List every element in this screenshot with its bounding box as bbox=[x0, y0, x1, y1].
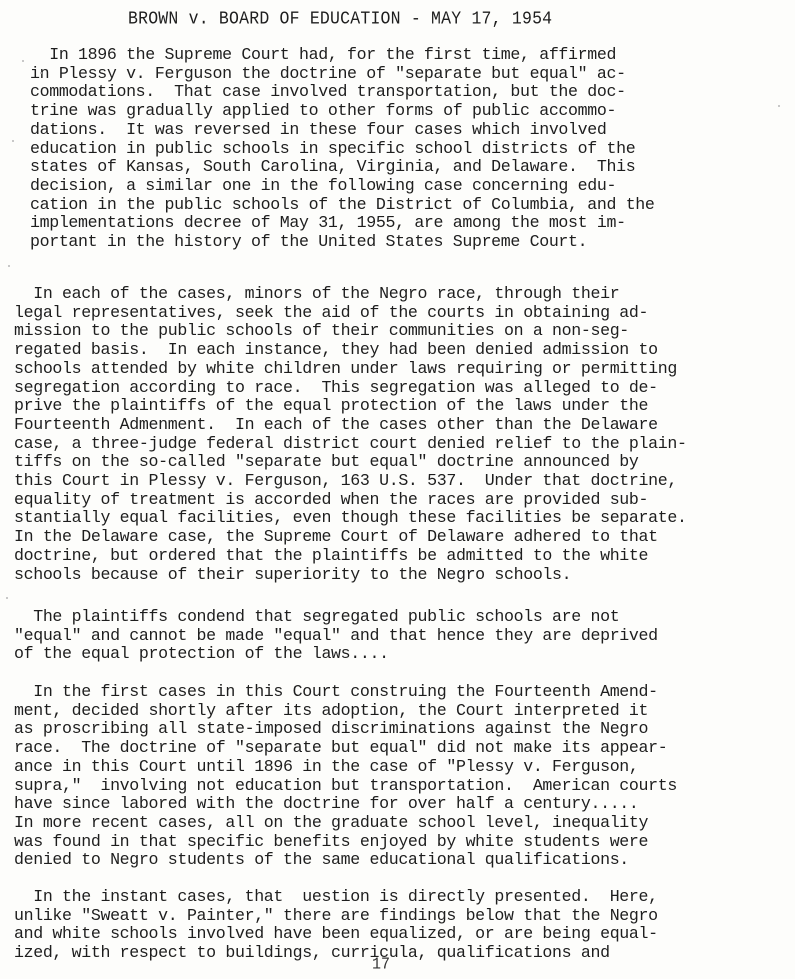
text-line: states of Kansas, South Carolina, Virgin… bbox=[30, 158, 655, 177]
text-line: stantially equal facilities, even though… bbox=[14, 509, 687, 528]
text-line: implementations decree of May 31, 1955, … bbox=[30, 214, 655, 233]
text-line: mission to the public schools of their c… bbox=[14, 322, 687, 341]
text-line: trine was gradually applied to other for… bbox=[30, 102, 655, 121]
text-line: of the equal protection of the laws.... bbox=[14, 645, 658, 664]
text-line: tiffs on the so-called "separate but equ… bbox=[14, 453, 687, 472]
text-line: this Court in Plessy v. Ferguson, 163 U.… bbox=[14, 472, 687, 491]
text-line: ized, with respect to buildings, curricu… bbox=[14, 944, 658, 963]
text-line: In the first cases in this Court constru… bbox=[14, 683, 677, 702]
text-line: education in public schools in specific … bbox=[30, 140, 655, 159]
text-line: In more recent cases, all on the graduat… bbox=[14, 814, 677, 833]
scan-speck bbox=[778, 105, 780, 107]
text-line: The plaintiffs condend that segregated p… bbox=[14, 608, 658, 627]
scan-speck bbox=[8, 265, 10, 267]
text-line: portant in the history of the United Sta… bbox=[30, 233, 655, 252]
text-line: legal representatives, seek the aid of t… bbox=[14, 304, 687, 323]
text-line: In 1896 the Supreme Court had, for the f… bbox=[30, 46, 655, 65]
text-line: In each of the cases, minors of the Negr… bbox=[14, 285, 687, 304]
text-line: Fourteenth Admenment. In each of the cas… bbox=[14, 416, 687, 435]
document-page: BROWN v. BOARD OF EDUCATION - MAY 17, 19… bbox=[0, 0, 795, 979]
text-line: decision, a similar one in the following… bbox=[30, 177, 655, 196]
scan-speck bbox=[40, 72, 42, 74]
text-line: equality of treatment is accorded when t… bbox=[14, 491, 687, 510]
document-title: BROWN v. BOARD OF EDUCATION - MAY 17, 19… bbox=[128, 8, 552, 29]
scan-speck bbox=[22, 60, 24, 62]
text-line: supra," involving not education but tran… bbox=[14, 777, 677, 796]
text-line: cation in the public schools of the Dist… bbox=[30, 196, 655, 215]
text-line: "equal" and cannot be made "equal" and t… bbox=[14, 627, 658, 646]
text-line: regated basis. In each instance, they ha… bbox=[14, 341, 687, 360]
text-line: have since labored with the doctrine for… bbox=[14, 795, 677, 814]
text-line: segregation according to race. This segr… bbox=[14, 379, 687, 398]
paragraph-each-case: In each of the cases, minors of the Negr… bbox=[14, 285, 687, 584]
text-line: unlike "Sweatt v. Painter," there are fi… bbox=[14, 907, 658, 926]
text-line: schools because of their superiority to … bbox=[14, 566, 687, 585]
text-line: dations. It was reversed in these four c… bbox=[30, 121, 655, 140]
scan-speck bbox=[12, 140, 14, 142]
text-line: denied to Negro students of the same edu… bbox=[14, 851, 677, 870]
text-line: in Plessy v. Ferguson the doctrine of "s… bbox=[30, 65, 655, 84]
text-line: commodations. That case involved transpo… bbox=[30, 83, 655, 102]
text-line: schools attended by white children under… bbox=[14, 360, 687, 379]
text-line: In the Delaware case, the Supreme Court … bbox=[14, 528, 687, 547]
text-line: was found in that specific benefits enjo… bbox=[14, 833, 677, 852]
text-line: prive the plaintiffs of the equal protec… bbox=[14, 397, 687, 416]
text-line: as proscribing all state-imposed discrim… bbox=[14, 720, 677, 739]
page-number: 17 bbox=[372, 955, 390, 974]
text-line: race. The doctrine of "separate but equa… bbox=[14, 739, 677, 758]
paragraph-plessy-background: In 1896 the Supreme Court had, for the f… bbox=[30, 46, 655, 252]
paragraph-plaintiffs-contend: The plaintiffs condend that segregated p… bbox=[14, 608, 658, 664]
text-line: In the instant cases, that uestion is di… bbox=[14, 888, 658, 907]
text-line: ance in this Court until 1896 in the cas… bbox=[14, 758, 677, 777]
paragraph-first-cases: In the first cases in this Court constru… bbox=[14, 683, 677, 870]
scan-speck bbox=[6, 597, 8, 599]
paragraph-instant-cases: In the instant cases, that uestion is di… bbox=[14, 888, 658, 963]
text-line: ment, decided shortly after its adoption… bbox=[14, 702, 677, 721]
text-line: case, a three-judge federal district cou… bbox=[14, 435, 687, 454]
text-line: and white schools involved have been equ… bbox=[14, 925, 658, 944]
text-line: doctrine, but ordered that the plaintiff… bbox=[14, 547, 687, 566]
